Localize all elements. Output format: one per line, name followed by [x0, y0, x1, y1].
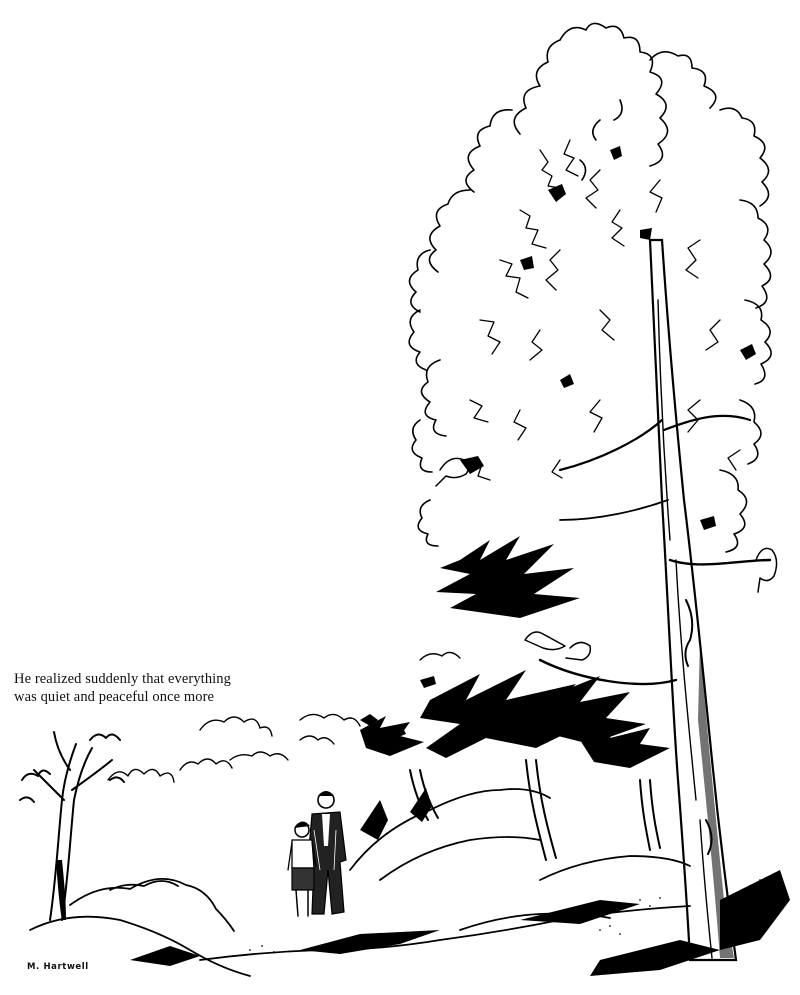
caption: He realized suddenly that everything was… — [14, 670, 274, 706]
artist-signature: M. Hartwell — [27, 962, 89, 972]
small-left-tree — [20, 732, 124, 920]
tall-tree-trunk — [540, 240, 770, 960]
birds-on-branch-icon — [525, 632, 590, 660]
small-left-tree-shading — [56, 860, 66, 920]
pen-and-ink-illustration — [0, 0, 800, 995]
caption-line-1: He realized suddenly that everything — [14, 670, 274, 688]
bird-right-icon — [756, 548, 777, 592]
caption-line-2: was quiet and peaceful once more — [14, 688, 274, 706]
tall-tree-canopy — [409, 23, 771, 552]
tall-tree-dark-clusters — [460, 146, 756, 530]
illustrated-page: He realized suddenly that everything was… — [0, 0, 800, 995]
tall-tree-foliage-texture — [470, 140, 740, 480]
